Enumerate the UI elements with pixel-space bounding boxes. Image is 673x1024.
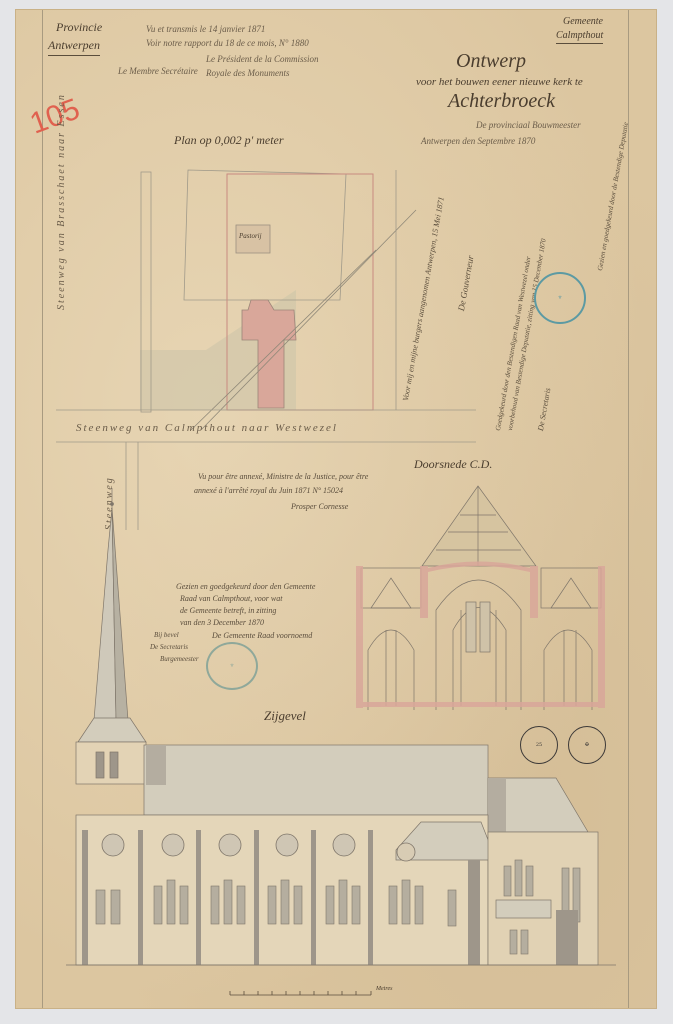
dated-postal-stamp: 25 [520, 726, 558, 764]
side-elevation-drawing [16, 10, 656, 1008]
registry-stamp: ✠ [568, 726, 606, 764]
scale-bar [230, 991, 371, 995]
drawing-sheet: Provincie Antwerpen 105 Vu et transmis l… [16, 10, 656, 1008]
scale-label: Metres [376, 986, 392, 992]
